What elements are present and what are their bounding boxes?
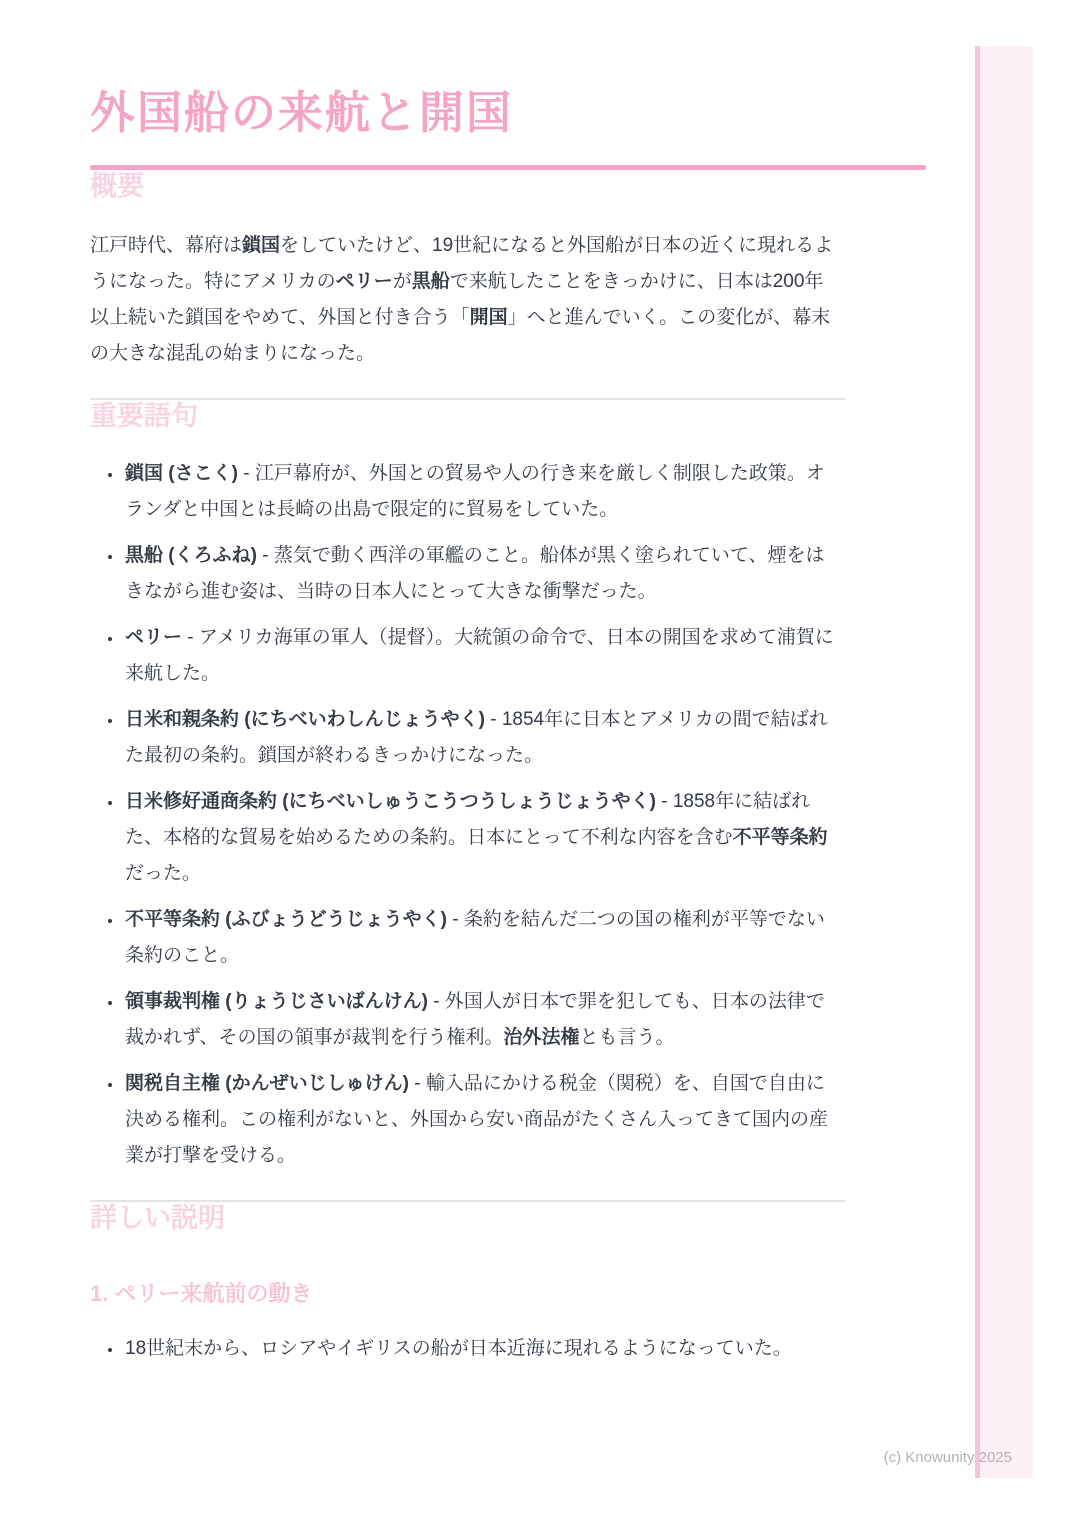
page-edge-decoration: [975, 46, 1033, 1478]
detail-item: 18世紀末から、ロシアやイギリスの船が日本近海に現れるようになっていた。: [123, 1331, 840, 1367]
term-item: 不平等条約 (ふびょうどうじょうやく) - 条約を結んだ二つの国の権利が平等でな…: [123, 902, 840, 974]
section-details: 詳しい説明 1. ペリー来航前の動き 18世紀末から、ロシアやイギリスの船が日本…: [90, 1202, 840, 1367]
term-item: 日米和親条約 (にちべいわしんじょうやく) - 1854年に日本とアメリカの間で…: [123, 702, 840, 774]
terms-heading: 重要語句: [90, 400, 840, 432]
term-item: 領事裁判権 (りょうじさいばんけん) - 外国人が日本で罪を犯しても、日本の法律…: [123, 984, 840, 1056]
copyright-watermark: (c) Knowunity 2025: [884, 1449, 1012, 1466]
term-item: 鎖国 (さこく) - 江戸幕府が、外国との貿易や人の行き来を厳しく制限した政策。…: [123, 456, 840, 528]
terms-list: 鎖国 (さこく) - 江戸幕府が、外国との貿易や人の行き来を厳しく制限した政策。…: [90, 456, 840, 1174]
page-title: 外国船の来航と開国: [90, 0, 840, 143]
section-overview: 概要 江戸時代、幕府は鎖国をしていたけど、19世紀になると外国船が日本の近くに現…: [90, 170, 840, 372]
section-terms: 重要語句 鎖国 (さこく) - 江戸幕府が、外国との貿易や人の行き来を厳しく制限…: [90, 400, 840, 1174]
term-item: 日米修好通商条約 (にちべいしゅうこうつうしょうじょうやく) - 1858年に結…: [123, 784, 840, 892]
overview-paragraph: 江戸時代、幕府は鎖国をしていたけど、19世紀になると外国船が日本の近くに現れるよ…: [90, 228, 840, 372]
term-item: ペリー - アメリカ海軍の軍人（提督）。大統領の命令で、日本の開国を求めて浦賀に…: [123, 620, 840, 692]
details-subsection-heading: 1. ペリー来航前の動き: [90, 1281, 840, 1307]
details-heading: 詳しい説明: [90, 1202, 840, 1234]
overview-heading: 概要: [90, 170, 840, 202]
details-list: 18世紀末から、ロシアやイギリスの船が日本近海に現れるようになっていた。: [90, 1331, 840, 1367]
document-page: 外国船の来航と開国 概要 江戸時代、幕府は鎖国をしていたけど、19世紀になると外…: [90, 0, 840, 1367]
term-item: 黒船 (くろふね) - 蒸気で動く西洋の軍艦のこと。船体が黒く塗られていて、煙を…: [123, 538, 840, 610]
term-item: 関税自主権 (かんぜいじしゅけん) - 輸入品にかける税金（関税）を、自国で自由…: [123, 1066, 840, 1174]
